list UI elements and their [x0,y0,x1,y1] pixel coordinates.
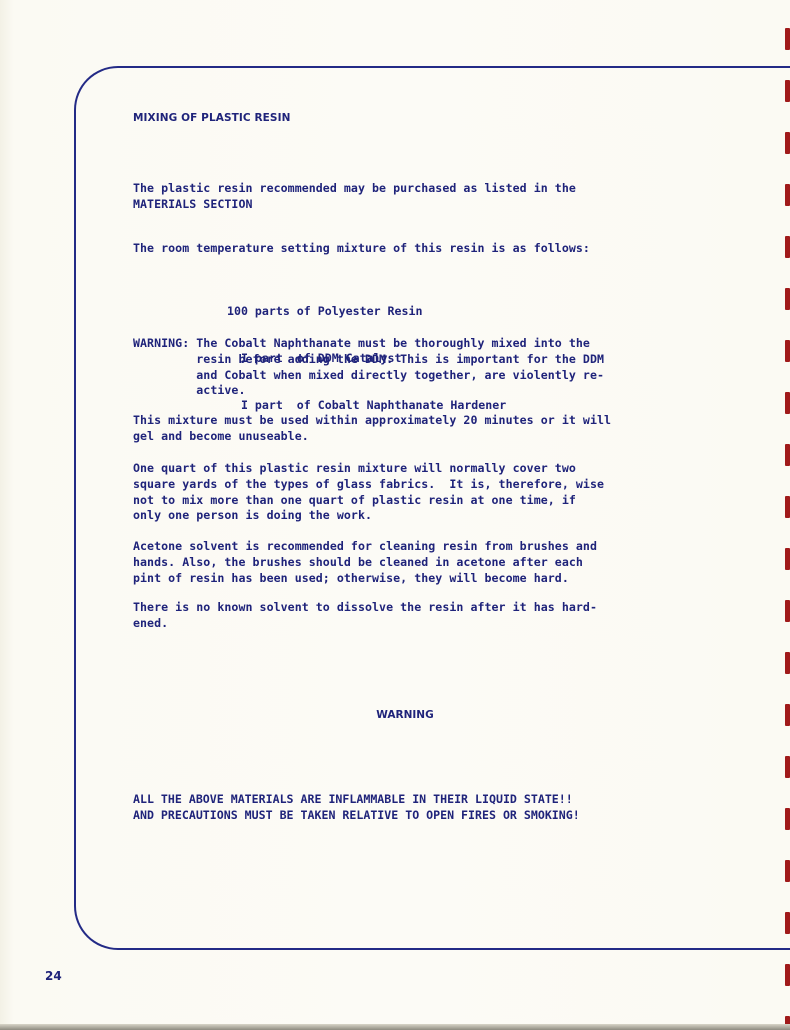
intro-paragraph: The plastic resin recommended may be pur… [133,181,673,213]
binding-mark [785,340,790,362]
binding-mark [785,392,790,414]
binding-mark [785,600,790,622]
binding-mark [785,912,790,934]
flammability-warning: ALL THE ABOVE MATERIALS ARE INFLAMMABLE … [133,792,580,824]
binding-mark [785,80,790,102]
usage-time-paragraph: This mixture must be used within approxi… [133,413,673,445]
page-bottom-edge [0,1024,790,1030]
binding-mark [785,28,790,50]
cleaning-paragraph: Acetone solvent is recommended for clean… [133,539,673,586]
warning-title: WARNING [0,709,790,721]
binding-marks [785,0,790,1030]
coverage-paragraph: One quart of this plastic resin mixture … [133,461,673,524]
hardened-paragraph: There is no known solvent to dissolve th… [133,600,673,632]
section-heading: MIXING OF PLASTIC RESIN [133,112,291,124]
binding-mark [785,496,790,518]
binding-mark [785,548,790,570]
recipe-item-resin: 100 parts of Polyester Resin [227,304,506,320]
binding-mark [785,756,790,778]
binding-mark [785,184,790,206]
binding-mark [785,808,790,830]
binding-mark [785,444,790,466]
binding-mark [785,652,790,674]
binding-mark [785,236,790,258]
page-number: 24 [45,969,62,983]
binding-mark [785,860,790,882]
binding-mark [785,132,790,154]
recipe-item-hardener: I part of Cobalt Naphthanate Hardener [227,398,506,414]
mixture-intro: The room temperature setting mixture of … [133,241,673,257]
binding-mark [785,964,790,986]
binding-mark [785,288,790,310]
warning-note: WARNING: The Cobalt Naphthanate must be … [133,336,673,399]
